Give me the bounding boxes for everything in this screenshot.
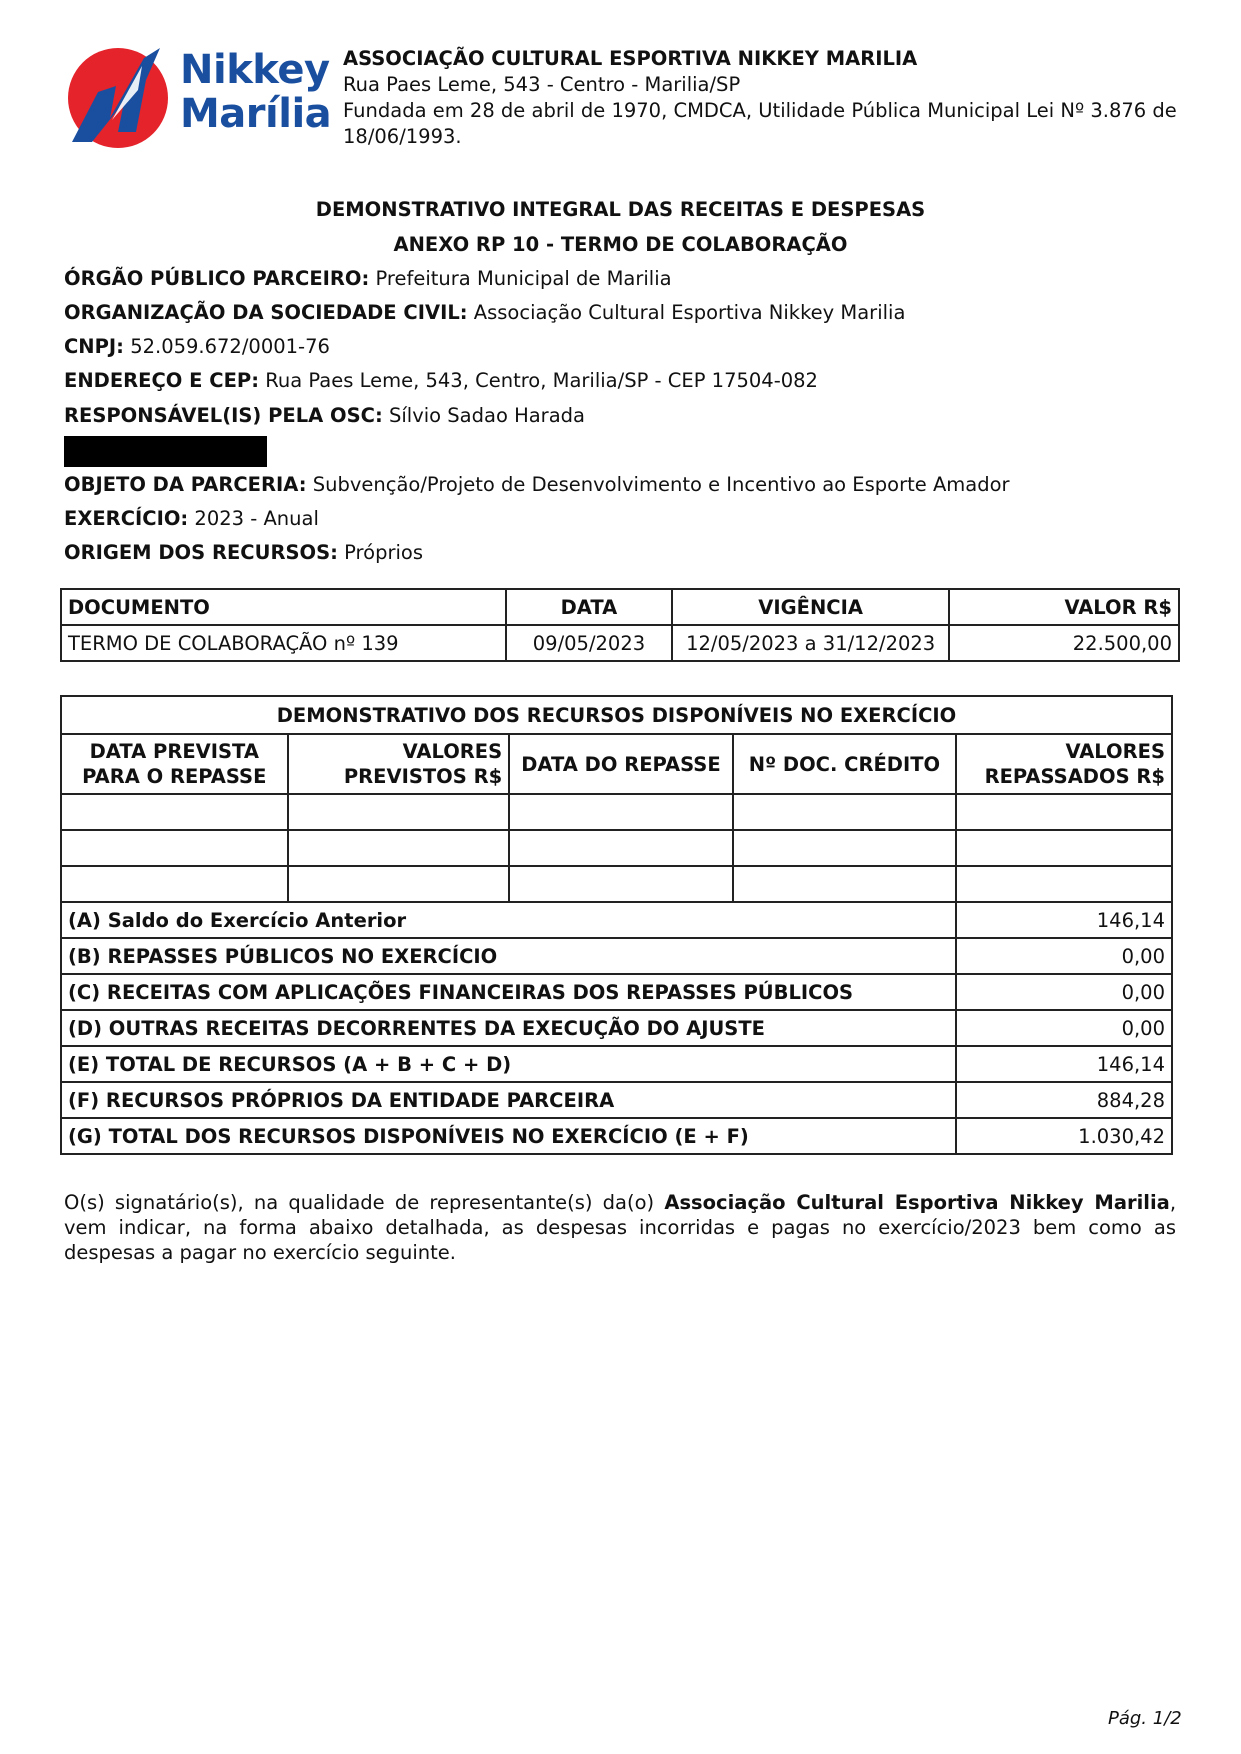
column-header: DATA DO REPASSE bbox=[509, 734, 733, 794]
column-header: Nº DOC. CRÉDITO bbox=[733, 734, 957, 794]
table-row-empty bbox=[61, 794, 1172, 830]
summary-label: (G) TOTAL DOS RECURSOS DISPONÍVEIS NO EX… bbox=[61, 1118, 956, 1154]
summary-value: 0,00 bbox=[956, 974, 1172, 1010]
table-cell: 22.500,00 bbox=[949, 625, 1179, 661]
table-cell bbox=[288, 794, 510, 830]
field-label: EXERCÍCIO: bbox=[64, 507, 188, 530]
table-cell bbox=[956, 794, 1172, 830]
summary-label: (E) TOTAL DE RECURSOS (A + B + C + D) bbox=[61, 1046, 956, 1082]
table-cell bbox=[956, 830, 1172, 866]
summary-value: 146,14 bbox=[956, 902, 1172, 938]
document-subtitle: ANEXO RP 10 - TERMO DE COLABORAÇÃO bbox=[0, 233, 1241, 256]
table-cell bbox=[288, 866, 510, 902]
field-endereco: ENDEREÇO E CEP: Rua Paes Leme, 543, Cent… bbox=[64, 369, 818, 392]
summary-row-e: (E) TOTAL DE RECURSOS (A + B + C + D)146… bbox=[61, 1046, 1172, 1082]
table-header-row: DOCUMENTO DATA VIGÊNCIA VALOR R$ bbox=[61, 589, 1179, 625]
summary-value: 1.030,42 bbox=[956, 1118, 1172, 1154]
summary-row-c: (C) RECEITAS COM APLICAÇÕES FINANCEIRAS … bbox=[61, 974, 1172, 1010]
resources-table: DEMONSTRATIVO DOS RECURSOS DISPONÍVEIS N… bbox=[60, 695, 1173, 1155]
table-cell bbox=[61, 830, 288, 866]
organization-header: ASSOCIAÇÃO CULTURAL ESPORTIVA NIKKEY MAR… bbox=[343, 46, 1183, 150]
summary-label: (A) Saldo do Exercício Anterior bbox=[61, 902, 956, 938]
table-caption-row: DEMONSTRATIVO DOS RECURSOS DISPONÍVEIS N… bbox=[61, 696, 1172, 734]
table-row-empty bbox=[61, 830, 1172, 866]
table-cell bbox=[733, 866, 957, 902]
table-cell bbox=[61, 794, 288, 830]
table-cell bbox=[956, 866, 1172, 902]
field-label: ORIGEM DOS RECURSOS: bbox=[64, 541, 338, 564]
field-responsavel: RESPONSÁVEL(IS) PELA OSC: Sílvio Sadao H… bbox=[64, 404, 585, 427]
table-header-row: DATA PREVISTA PARA O REPASSE VALORES PRE… bbox=[61, 734, 1172, 794]
summary-row-g: (G) TOTAL DOS RECURSOS DISPONÍVEIS NO EX… bbox=[61, 1118, 1172, 1154]
summary-value: 0,00 bbox=[956, 938, 1172, 974]
paragraph-organization-name: Associação Cultural Esportiva Nikkey Mar… bbox=[664, 1191, 1169, 1214]
nikkey-marilia-logo-icon bbox=[58, 40, 176, 152]
table-row: TERMO DE COLABORAÇÃO nº 139 09/05/2023 1… bbox=[61, 625, 1179, 661]
summary-label: (B) REPASSES PÚBLICOS NO EXERCÍCIO bbox=[61, 938, 956, 974]
paragraph-text-pre: O(s) signatário(s), na qualidade de repr… bbox=[64, 1191, 664, 1214]
table-cell bbox=[509, 830, 733, 866]
summary-label: (C) RECEITAS COM APLICAÇÕES FINANCEIRAS … bbox=[61, 974, 956, 1010]
field-value: Rua Paes Leme, 543, Centro, Marilia/SP -… bbox=[265, 369, 818, 392]
field-label: ÓRGÃO PÚBLICO PARCEIRO: bbox=[64, 267, 369, 290]
organization-logo: Nikkey Marília bbox=[58, 40, 288, 152]
table-cell bbox=[288, 830, 510, 866]
column-header: VALORES REPASSADOS R$ bbox=[956, 734, 1172, 794]
logo-line-1: Nikkey bbox=[180, 48, 331, 92]
field-value: Sílvio Sadao Harada bbox=[389, 404, 585, 427]
field-cnpj: CNPJ: 52.059.672/0001-76 bbox=[64, 335, 330, 358]
table-caption: DEMONSTRATIVO DOS RECURSOS DISPONÍVEIS N… bbox=[61, 696, 1172, 734]
field-objeto: OBJETO DA PARCERIA: Subvenção/Projeto de… bbox=[64, 473, 1010, 496]
summary-row-f: (F) RECURSOS PRÓPRIOS DA ENTIDADE PARCEI… bbox=[61, 1082, 1172, 1118]
column-header: DATA bbox=[506, 589, 672, 625]
field-value: 52.059.672/0001-76 bbox=[130, 335, 330, 358]
field-value: Associação Cultural Esportiva Nikkey Mar… bbox=[474, 301, 906, 324]
declaration-paragraph: O(s) signatário(s), na qualidade de repr… bbox=[64, 1190, 1176, 1265]
field-label: ORGANIZAÇÃO DA SOCIEDADE CIVIL: bbox=[64, 301, 468, 324]
document-title: DEMONSTRATIVO INTEGRAL DAS RECEITAS E DE… bbox=[0, 198, 1241, 221]
summary-value: 146,14 bbox=[956, 1046, 1172, 1082]
organization-name: ASSOCIAÇÃO CULTURAL ESPORTIVA NIKKEY MAR… bbox=[343, 46, 1183, 72]
table-cell: TERMO DE COLABORAÇÃO nº 139 bbox=[61, 625, 506, 661]
summary-row-b: (B) REPASSES PÚBLICOS NO EXERCÍCIO0,00 bbox=[61, 938, 1172, 974]
field-label: CNPJ: bbox=[64, 335, 124, 358]
table-cell bbox=[733, 830, 957, 866]
field-label: ENDEREÇO E CEP: bbox=[64, 369, 259, 392]
redaction-block bbox=[64, 436, 267, 467]
organization-address: Rua Paes Leme, 543 - Centro - Marilia/SP bbox=[343, 72, 1183, 98]
column-header: VIGÊNCIA bbox=[672, 589, 949, 625]
organization-founded: Fundada em 28 de abril de 1970, CMDCA, U… bbox=[343, 98, 1183, 150]
field-orgao-publico: ÓRGÃO PÚBLICO PARCEIRO: Prefeitura Munic… bbox=[64, 267, 672, 290]
field-label: OBJETO DA PARCERIA: bbox=[64, 473, 307, 496]
table-cell: 12/05/2023 a 31/12/2023 bbox=[672, 625, 949, 661]
column-header: VALOR R$ bbox=[949, 589, 1179, 625]
field-exercicio: EXERCÍCIO: 2023 - Anual bbox=[64, 507, 319, 530]
field-value: 2023 - Anual bbox=[194, 507, 318, 530]
field-value: Subvenção/Projeto de Desenvolvimento e I… bbox=[313, 473, 1010, 496]
column-header: VALORES PREVISTOS R$ bbox=[288, 734, 510, 794]
column-header: DOCUMENTO bbox=[61, 589, 506, 625]
summary-value: 0,00 bbox=[956, 1010, 1172, 1046]
summary-row-d: (D) OUTRAS RECEITAS DECORRENTES DA EXECU… bbox=[61, 1010, 1172, 1046]
document-table: DOCUMENTO DATA VIGÊNCIA VALOR R$ TERMO D… bbox=[60, 588, 1180, 662]
table-cell bbox=[509, 794, 733, 830]
table-cell bbox=[509, 866, 733, 902]
logo-wordmark: Nikkey Marília bbox=[180, 48, 331, 136]
logo-line-2: Marília bbox=[180, 92, 331, 136]
summary-label: (F) RECURSOS PRÓPRIOS DA ENTIDADE PARCEI… bbox=[61, 1082, 956, 1118]
field-osc: ORGANIZAÇÃO DA SOCIEDADE CIVIL: Associaç… bbox=[64, 301, 905, 324]
table-cell bbox=[61, 866, 288, 902]
column-header: DATA PREVISTA PARA O REPASSE bbox=[61, 734, 288, 794]
table-row-empty bbox=[61, 866, 1172, 902]
field-value: Prefeitura Municipal de Marilia bbox=[376, 267, 672, 290]
summary-row-a: (A) Saldo do Exercício Anterior146,14 bbox=[61, 902, 1172, 938]
table-cell: 09/05/2023 bbox=[506, 625, 672, 661]
summary-value: 884,28 bbox=[956, 1082, 1172, 1118]
table-cell bbox=[733, 794, 957, 830]
field-origem: ORIGEM DOS RECURSOS: Próprios bbox=[64, 541, 423, 564]
summary-label: (D) OUTRAS RECEITAS DECORRENTES DA EXECU… bbox=[61, 1010, 956, 1046]
field-label: RESPONSÁVEL(IS) PELA OSC: bbox=[64, 404, 383, 427]
field-value: Próprios bbox=[344, 541, 423, 564]
page-number: Pág. 1/2 bbox=[1108, 1708, 1182, 1729]
